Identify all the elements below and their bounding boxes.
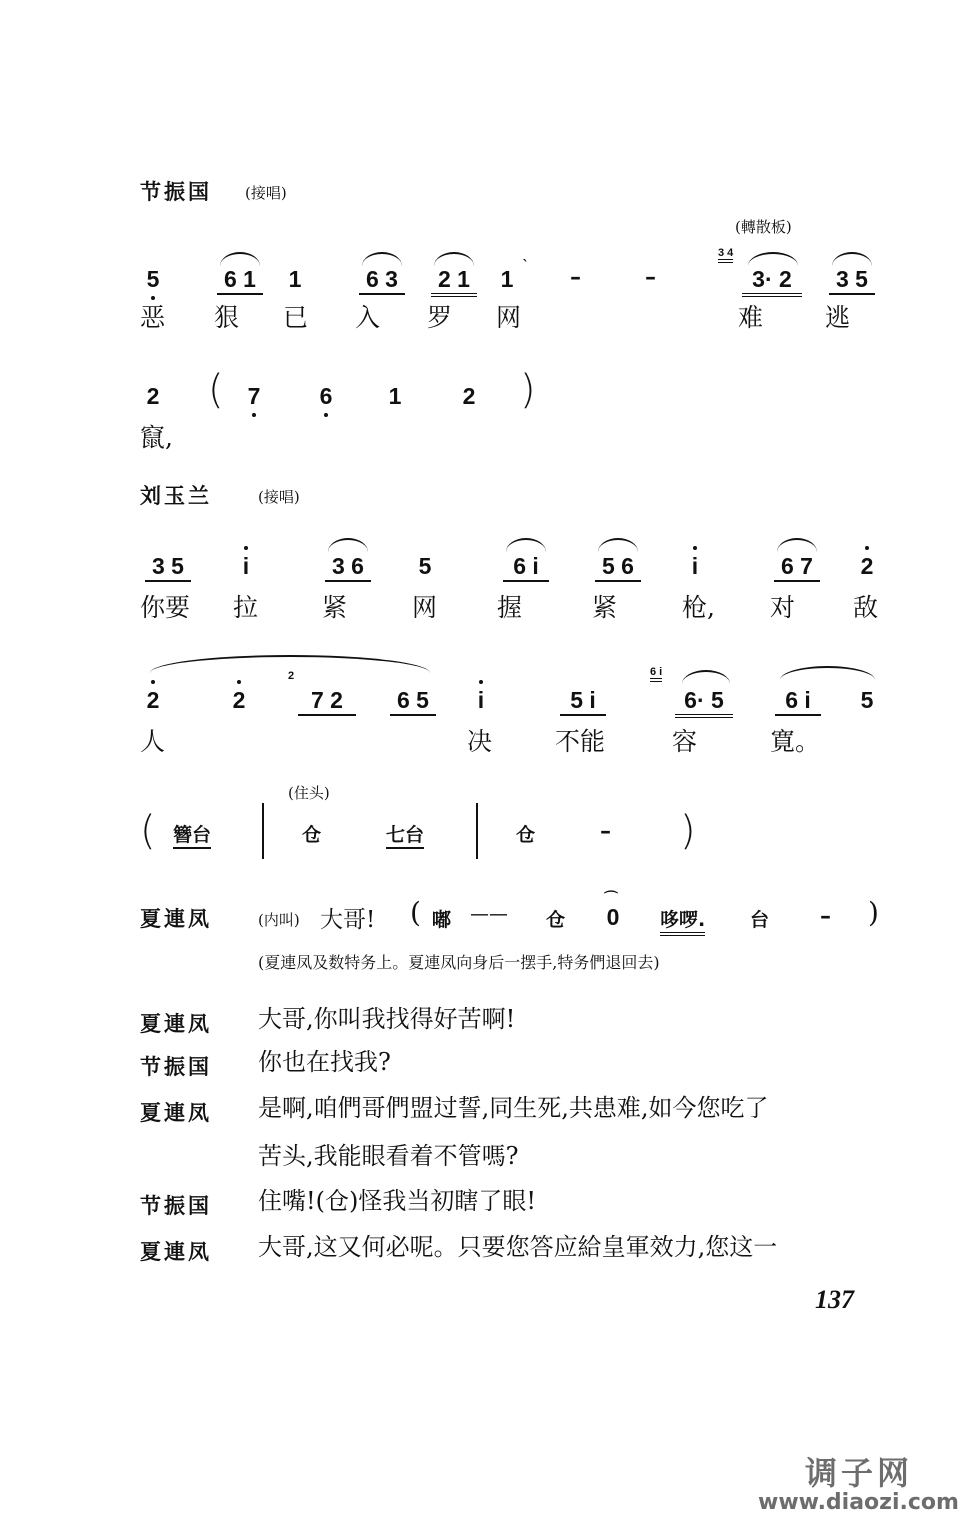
bracket-close: ) bbox=[868, 896, 879, 929]
percussion-syllable: 七台 bbox=[386, 820, 424, 849]
note-group: 7 2 bbox=[298, 687, 356, 716]
sustain-dash: – bbox=[600, 818, 611, 844]
bracket-open: ( bbox=[208, 367, 224, 413]
watermark-title: 调子网 bbox=[805, 1448, 913, 1494]
note-group: 3 6 bbox=[325, 553, 371, 582]
percussion-syllable: 仓 bbox=[302, 820, 321, 847]
note-group: 3· 2 bbox=[742, 266, 802, 297]
note-group: 6 i bbox=[503, 553, 549, 582]
speaker-name: 节振国 bbox=[140, 1051, 212, 1081]
lyric: 难 bbox=[738, 298, 763, 334]
stage-direction: (夏連凤及数特务上。夏連凤向身后一摆手,特务們退回去) bbox=[258, 950, 660, 973]
breath-mark: ˋ bbox=[522, 258, 529, 274]
note: 2 bbox=[143, 383, 163, 410]
note-pair: 6· 5 bbox=[684, 687, 724, 713]
call-text: 大哥! bbox=[320, 901, 375, 934]
note-group: 2 1 bbox=[431, 266, 477, 297]
lyric: 紧 bbox=[592, 588, 617, 624]
note-pair: 6 5 bbox=[397, 687, 429, 713]
note-group: 6 1 bbox=[217, 266, 263, 295]
lyric: 握 bbox=[497, 588, 522, 624]
note-pair: 7 2 bbox=[311, 687, 343, 713]
slur bbox=[434, 252, 474, 266]
note: i bbox=[471, 687, 491, 714]
note-pair: 3 5 bbox=[152, 553, 184, 579]
lyric: 寛。 bbox=[770, 722, 820, 758]
note-pair: 5 i bbox=[570, 687, 596, 713]
page-number: 137 bbox=[815, 1285, 854, 1315]
slur bbox=[220, 252, 260, 266]
lyric: 网 bbox=[412, 588, 437, 624]
speaker-name: 夏連凤 bbox=[140, 1236, 212, 1266]
lyric: 狠 bbox=[214, 298, 239, 334]
note: 5 bbox=[857, 687, 877, 714]
percussion-syllable: 哆啰. bbox=[660, 905, 705, 936]
percussion-dash: —— bbox=[470, 903, 508, 925]
note-pair: 6 i bbox=[513, 553, 539, 579]
sustain-dash: – bbox=[570, 264, 581, 290]
lyric: 敌 bbox=[853, 588, 878, 624]
note: 5 bbox=[143, 266, 163, 293]
percussion-label: (住头) bbox=[288, 782, 330, 803]
note: 5 bbox=[415, 553, 435, 580]
dialogue-line: 你也在找我? bbox=[258, 1039, 391, 1085]
note-pair: 3 5 bbox=[836, 266, 868, 292]
lyric: 入 bbox=[355, 298, 380, 334]
percussion-syllable: 台 bbox=[750, 905, 769, 932]
slur bbox=[780, 666, 875, 680]
note-pair: 6 i bbox=[785, 687, 811, 713]
lyric: 拉 bbox=[233, 588, 258, 624]
note-group: 6 3 bbox=[359, 266, 405, 295]
grace-note: 2 bbox=[288, 670, 294, 682]
bracket-open: ( bbox=[410, 896, 421, 929]
note: 2 bbox=[857, 553, 877, 580]
lyric: 对 bbox=[770, 588, 795, 624]
speaker-name: 夏連凤 bbox=[140, 1008, 212, 1038]
lyric: 竄, bbox=[140, 418, 173, 454]
note-group: 6· 5 bbox=[675, 687, 733, 718]
note-group: 6 7 bbox=[774, 553, 820, 582]
speaker-name: 夏連凤 bbox=[140, 1097, 212, 1127]
percussion-syllable: 嘟 bbox=[432, 905, 451, 932]
lyric: 逃 bbox=[825, 298, 850, 334]
note-pair: 6 7 bbox=[781, 553, 813, 579]
sustain-dash: – bbox=[820, 903, 831, 929]
note-group: 3 5 bbox=[829, 266, 875, 295]
slur bbox=[598, 538, 638, 552]
slur bbox=[362, 252, 402, 266]
lyric: 已 bbox=[283, 298, 308, 334]
note: 2 bbox=[143, 687, 163, 714]
slur bbox=[832, 252, 872, 266]
dialogue-line: 住嘴!(仓)怪我当初瞎了眼! bbox=[258, 1178, 536, 1224]
note: 6 bbox=[316, 383, 336, 410]
tempo-mark: (轉散板) bbox=[735, 216, 792, 237]
speaker-name: 刘玉兰 bbox=[140, 480, 212, 510]
note-pair: 6 1 bbox=[224, 266, 256, 292]
lyric: 罗 bbox=[427, 298, 452, 334]
note-pair: 5 6 bbox=[602, 553, 634, 579]
note-pair: 2 1 bbox=[438, 266, 470, 292]
lyric: 网 bbox=[496, 298, 521, 334]
grace-note: 6 i bbox=[650, 666, 662, 682]
slur bbox=[777, 538, 817, 552]
dialogue-line: 苦头,我能眼看着不管嗎? bbox=[258, 1133, 519, 1179]
slur bbox=[682, 670, 730, 684]
bar-line bbox=[262, 803, 264, 859]
note: 1 bbox=[497, 266, 517, 293]
note: 1 bbox=[285, 266, 305, 293]
lyric: 容 bbox=[672, 722, 697, 758]
lyric: 恶 bbox=[140, 298, 165, 334]
dialogue-line: 是啊,咱們哥們盟过誓,同生死,共患难,如今您吃了 bbox=[258, 1085, 769, 1131]
note-group: 6 i bbox=[775, 687, 821, 716]
dialogue-line: 大哥,你叫我找得好苦啊! bbox=[258, 996, 515, 1042]
bar-line bbox=[476, 803, 478, 859]
lyric: 紧 bbox=[322, 588, 347, 624]
performance-cue: (内叫) bbox=[258, 909, 300, 930]
slur bbox=[748, 252, 798, 266]
lyric: 决 bbox=[467, 722, 492, 758]
slur bbox=[328, 538, 368, 552]
note: i bbox=[236, 553, 256, 580]
percussion-syllable: 仓 bbox=[516, 820, 535, 847]
note-group: 3 5 bbox=[145, 553, 191, 582]
lyric: 不能 bbox=[555, 722, 605, 758]
lyric: 枪, bbox=[682, 588, 715, 624]
lyric: 你要 bbox=[140, 588, 190, 624]
speaker-name: 节振国 bbox=[140, 176, 212, 206]
note-pair: 6 3 bbox=[366, 266, 398, 292]
speaker-name: 夏連凤 bbox=[140, 903, 212, 933]
note-group: 6 5 bbox=[390, 687, 436, 716]
note: 2 bbox=[459, 383, 479, 410]
bracket-open: ( bbox=[140, 808, 156, 854]
bracket-close: ) bbox=[520, 367, 536, 413]
note-group: 5 6 bbox=[595, 553, 641, 582]
performance-cue: (接唱) bbox=[245, 182, 287, 203]
watermark-url: www.diaozi.com bbox=[758, 1490, 959, 1515]
note-pair: 3 6 bbox=[332, 553, 364, 579]
note-group: 5 i bbox=[560, 687, 606, 716]
speaker-name: 节振国 bbox=[140, 1190, 212, 1220]
dialogue-line: 大哥,这又何必呢。只要您答应給皇軍效力,您这一 bbox=[258, 1224, 777, 1270]
percussion-syllable: 仓 bbox=[546, 905, 565, 932]
lyric: 人 bbox=[140, 722, 165, 758]
bracket-close: ) bbox=[680, 808, 696, 854]
note: 7 bbox=[244, 383, 264, 410]
note-pair: 3· 2 bbox=[752, 266, 792, 292]
note: 2 bbox=[229, 687, 249, 714]
slur bbox=[506, 538, 546, 552]
grace-note: 3 4 bbox=[718, 247, 733, 263]
note: i bbox=[685, 553, 705, 580]
percussion-syllable: 簪台 bbox=[173, 820, 211, 849]
sustain-dash: – bbox=[645, 264, 656, 290]
performance-cue: (接唱) bbox=[258, 486, 300, 507]
rest-note: 0 bbox=[603, 904, 623, 931]
note: 1 bbox=[385, 383, 405, 410]
